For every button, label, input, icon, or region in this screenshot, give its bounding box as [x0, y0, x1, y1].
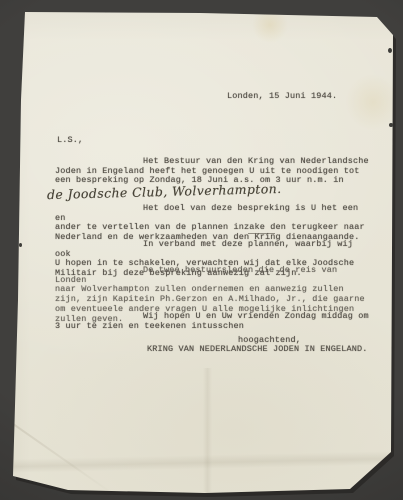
fold-crease-vertical: [203, 368, 212, 496]
typed-underline-mark: [248, 233, 275, 234]
body-paragraph-5: Wij hopen U en Uw vrienden Zondag middag…: [55, 312, 373, 331]
photo-background: Londen, 15 Juni 1944. L.S., Het Bestuur …: [0, 0, 403, 500]
fold-crease-horizontal: [0, 451, 403, 473]
paper-edge-nick: [19, 243, 22, 247]
paper-edge-nick: [389, 123, 393, 127]
paper-edge-nick: [388, 48, 392, 53]
body-paragraph-2: Het doel van deze bespreking is U het ee…: [55, 204, 373, 243]
letter-paper: Londen, 15 Juni 1944. L.S., Het Bestuur …: [0, 0, 403, 500]
signature-line: KRING VAN NEDERLANDSCHE JODEN IN ENGELAN…: [147, 345, 368, 355]
salutation: L.S.,: [57, 136, 83, 146]
date-line: Londen, 15 Juni 1944.: [227, 92, 337, 102]
